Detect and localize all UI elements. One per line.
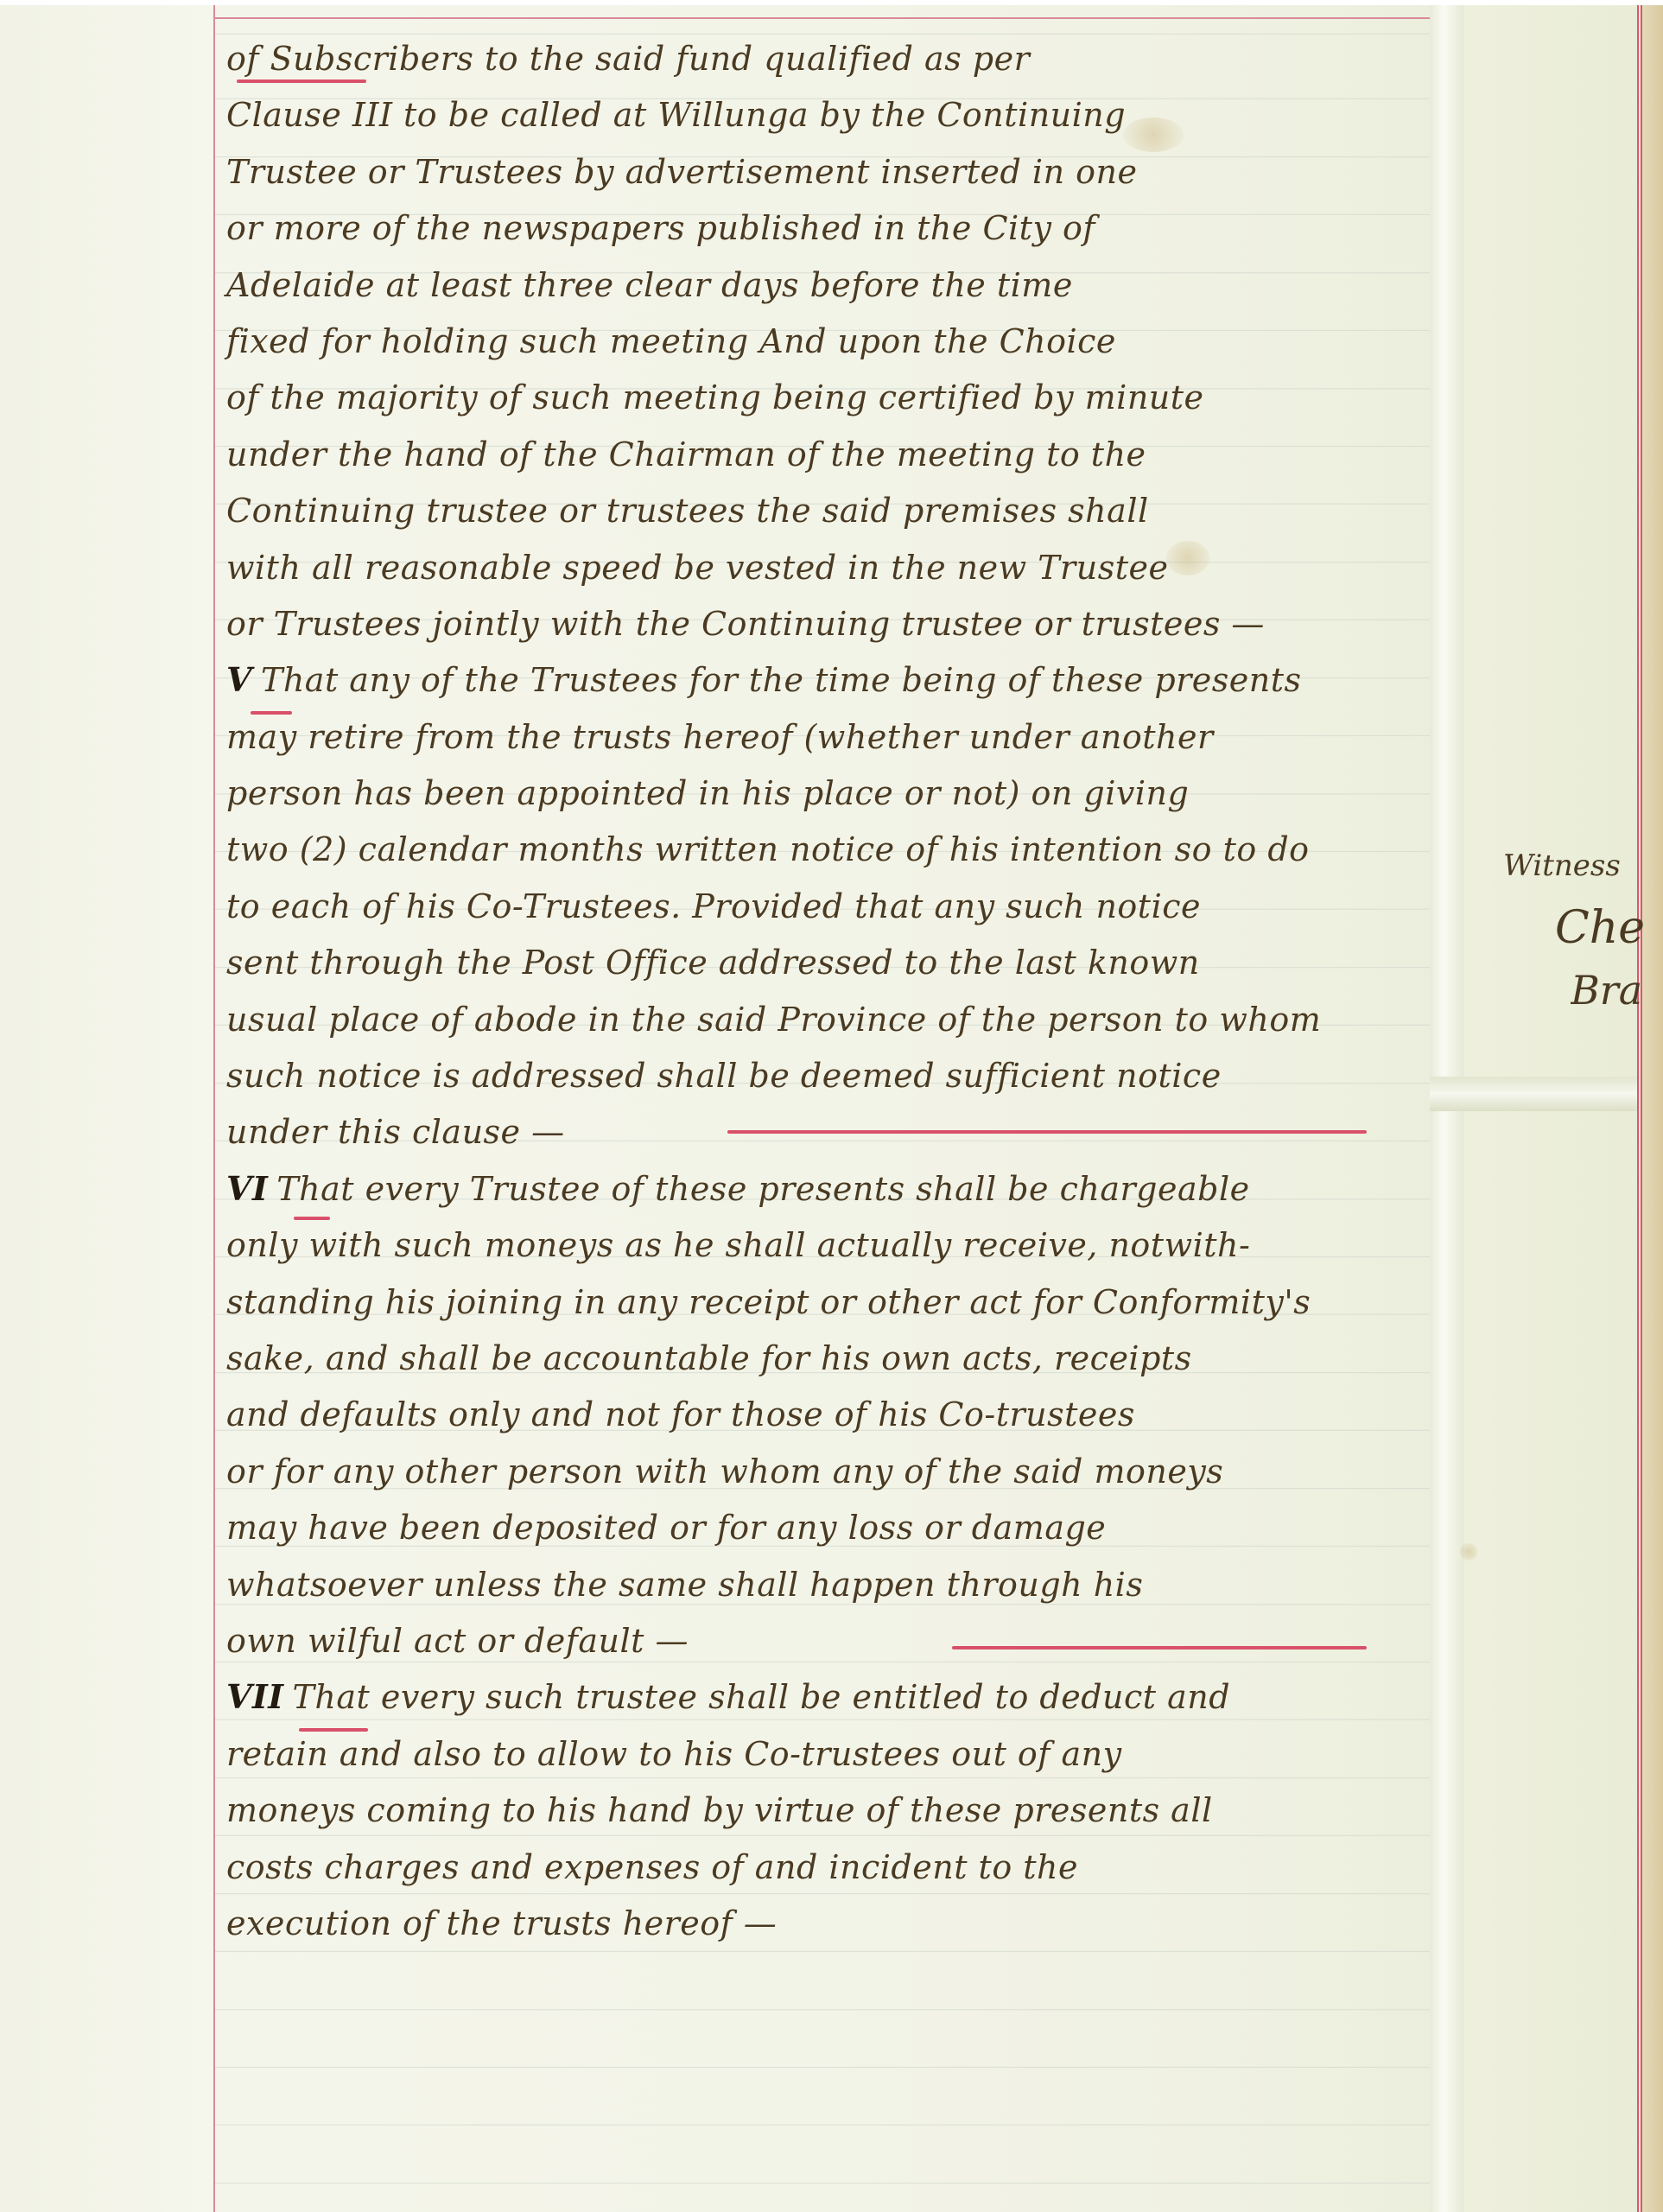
witness-margin-note: Witness Che Bra	[1503, 835, 1650, 1021]
text-line: to each of his Co-Trustees. Provided tha…	[226, 872, 1423, 928]
text-line: moneys coming to his hand by virtue of t…	[226, 1776, 1423, 1832]
text-line: of Subscribers to the said fund qualifie…	[226, 24, 1423, 80]
page-edge	[1642, 5, 1663, 2212]
ink-stain	[1460, 1543, 1477, 1560]
text-line: Clause III to be called at Willunga by t…	[226, 80, 1423, 137]
margin-red-rule	[213, 5, 215, 2212]
text-line: Continuing trustee or trustees the said …	[226, 476, 1423, 532]
clause-vii-line: VIIThat every such trustee shall be enti…	[226, 1662, 1423, 1719]
text-line: or Trustees jointly with the Continuing …	[226, 589, 1423, 645]
witness-label: Witness	[1503, 835, 1650, 897]
text-line: own wilful act or default —	[226, 1606, 1423, 1662]
clause-vi-line: VIThat every Trustee of these presents s…	[226, 1154, 1423, 1211]
witness-name-line-1: Che	[1555, 897, 1650, 959]
text-line: may have been deposited or for any loss …	[226, 1493, 1423, 1549]
clause-number: V	[226, 660, 252, 699]
top-red-rule	[213, 17, 1440, 19]
text-line: fixed for holding such meeting And upon …	[226, 307, 1423, 363]
text-line: standing his joining in any receipt or o…	[226, 1268, 1423, 1324]
red-end-line	[727, 1130, 1367, 1134]
text-line: may retire from the trusts hereof (wheth…	[226, 702, 1423, 759]
text-line: or for any other person with whom any of…	[226, 1437, 1423, 1493]
text-line: two (2) calendar months written notice o…	[226, 815, 1423, 871]
text-line: sake, and shall be accountable for his o…	[226, 1324, 1423, 1380]
clause-number: VI	[226, 1169, 268, 1208]
handwritten-text-body: of Subscribers to the said fund qualifie…	[226, 24, 1423, 1945]
text-line: Adelaide at least three clear days befor…	[226, 251, 1423, 307]
text-line: retain and also to allow to his Co-trust…	[226, 1719, 1423, 1776]
text-line: costs charges and expenses of and incide…	[226, 1833, 1423, 1889]
text-line: usual place of abode in the said Provinc…	[226, 985, 1423, 1041]
text-line: such notice is addressed shall be deemed…	[226, 1041, 1423, 1097]
text-line: execution of the trusts hereof —	[226, 1889, 1423, 1945]
text-line: or more of the newspapers published in t…	[226, 194, 1423, 250]
text-line: under this clause —	[226, 1097, 1423, 1154]
clause-v-line: VThat any of the Trustees for the time b…	[226, 645, 1423, 702]
text-line: under the hand of the Chairman of the me…	[226, 420, 1423, 476]
text-line: sent through the Post Office addressed t…	[226, 928, 1423, 984]
text-line: person has been appointed in his place o…	[226, 759, 1423, 815]
red-end-line	[952, 1646, 1367, 1649]
text-line: with all reasonable speed be vested in t…	[226, 533, 1423, 589]
horizontal-fold-crease	[1430, 1077, 1637, 1111]
text-line: and defaults only and not for those of h…	[226, 1380, 1423, 1436]
witness-name-line-2: Bra	[1571, 959, 1650, 1021]
text-line: Trustee or Trustees by advertisement ins…	[226, 137, 1423, 194]
document-page: of Subscribers to the said fund qualifie…	[0, 5, 1663, 2212]
clause-number: VII	[226, 1677, 284, 1716]
text-line: whatsoever unless the same shall happen …	[226, 1550, 1423, 1606]
text-line: of the majority of such meeting being ce…	[226, 363, 1423, 419]
text-line: only with such moneys as he shall actual…	[226, 1211, 1423, 1267]
left-blank-margin	[0, 5, 213, 2212]
